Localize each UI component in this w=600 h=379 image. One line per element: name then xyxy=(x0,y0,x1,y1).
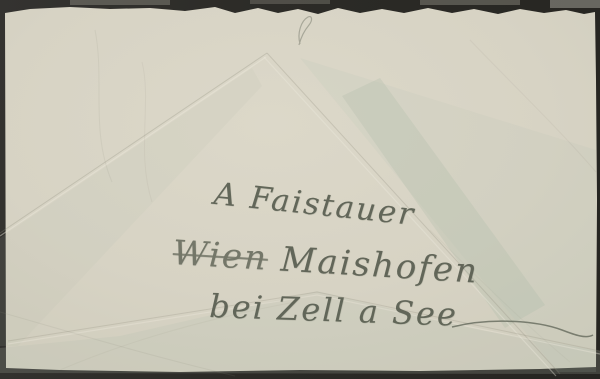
envelope-scan: A Faistauer WienMaishofen bei Zell a See xyxy=(0,0,600,379)
scan-border-debris xyxy=(70,0,600,8)
handwriting-struck-word: Wien xyxy=(172,233,270,279)
